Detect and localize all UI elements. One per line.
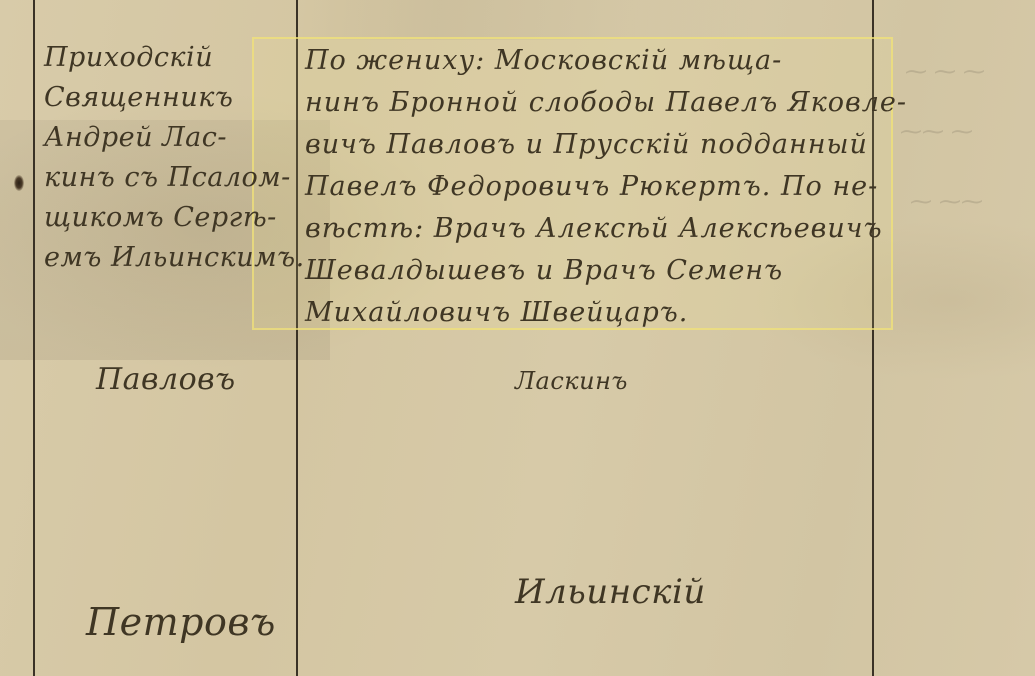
clergy-column: Приходскій Священникъ Андрей Лас- кинъ с… [44, 38, 294, 278]
witnesses-line: Шевалдышевъ и Врачъ Семенъ [305, 250, 885, 292]
pin-hole-mark [14, 175, 24, 191]
witnesses-line: Михайловичъ Швейцаръ. [305, 292, 885, 334]
clergy-line: щикомъ Сергѣ- [44, 198, 294, 238]
clergy-line: Священникъ [44, 78, 294, 118]
paper-shadow-top [300, 0, 760, 40]
clergy-line: емъ Ильинскимъ. [44, 238, 294, 278]
witnesses-line: вичъ Павловъ и Прусскій подданный [305, 124, 885, 166]
bleed-through-text: ⁓⁓ ⁓ [900, 120, 973, 145]
signature-pavlov: Павловъ [96, 362, 236, 397]
signature-petrov: Петровъ [86, 600, 276, 644]
bleed-through-text: ⁓ ⁓⁓ [910, 190, 983, 215]
column-rule-left [33, 0, 35, 676]
witnesses-line: Павелъ Федоровичъ Рюкертъ. По не- [305, 166, 885, 208]
witnesses-column: По жениху: Московскій мѣща- нинъ Бронной… [305, 40, 885, 334]
clergy-line: Андрей Лас- [44, 118, 294, 158]
document-page: Приходскій Священникъ Андрей Лас- кинъ с… [0, 0, 1035, 676]
witnesses-line: По жениху: Московскій мѣща- [305, 40, 885, 82]
signature-laskin: Ласкинъ [515, 367, 628, 395]
clergy-line: кинъ съ Псалом- [44, 158, 294, 198]
bleed-through-text: ⁓ ⁓ ⁓ [905, 60, 985, 85]
witnesses-line: нинъ Бронной слободы Павелъ Яковле- [305, 82, 885, 124]
witnesses-line: вѣстѣ: Врачъ Алексѣй Алексѣевичъ [305, 208, 885, 250]
clergy-line: Приходскій [44, 38, 294, 78]
signature-ilinsky: Ильинскій [515, 572, 706, 612]
